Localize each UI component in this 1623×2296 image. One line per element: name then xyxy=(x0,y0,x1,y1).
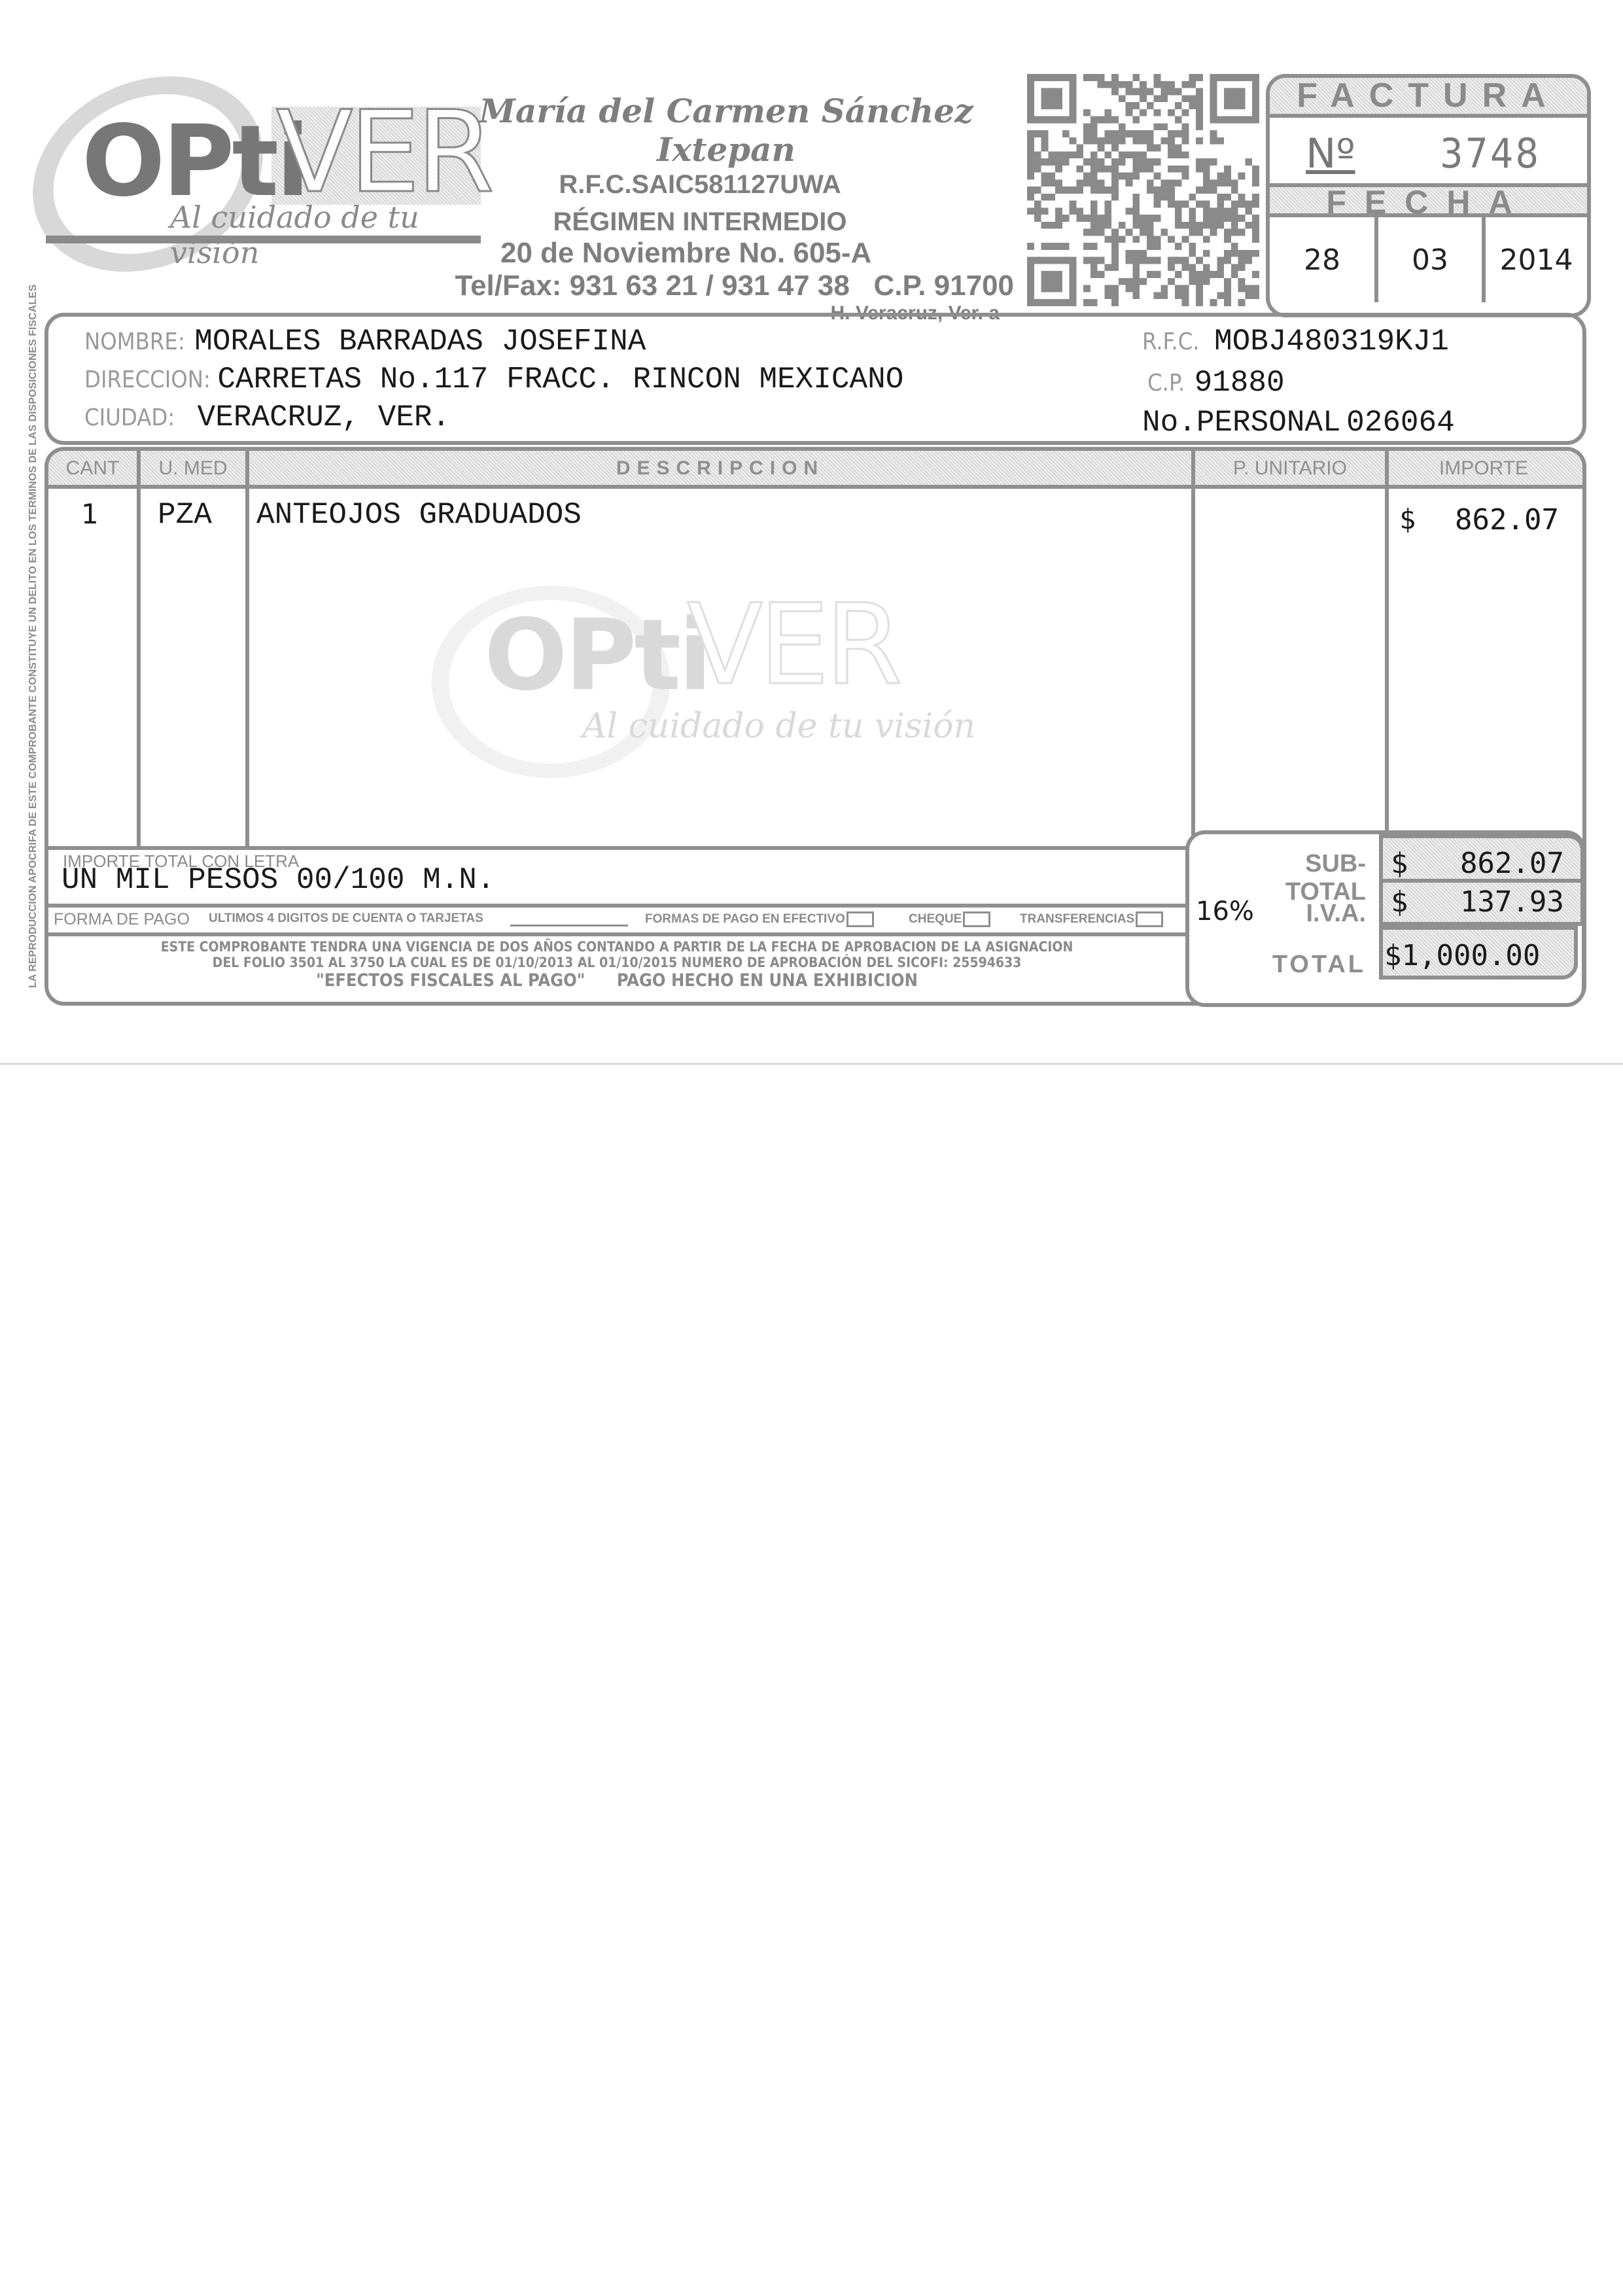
transfer-payment-option[interactable]: TRANSFERENCIAS xyxy=(1020,911,1163,927)
last-digits-blank[interactable] xyxy=(510,925,628,927)
issuer-rfc: R.F.C.SAIC581127UWA xyxy=(386,170,1014,200)
cheque-label: CHEQUE xyxy=(909,912,962,926)
invoice-number-row: Nº 3748 xyxy=(1270,118,1587,187)
client-name-label: NOMBRE: xyxy=(84,328,185,355)
invoice-number-box: FACTURA Nº 3748 FECHA 28 03 2014 xyxy=(1266,74,1591,317)
cheque-payment-option[interactable]: CHEQUE xyxy=(909,911,990,927)
qr-code-icon xyxy=(1027,74,1259,306)
invoice-header: FACTURA xyxy=(1270,78,1587,118)
client-rfc: MOBJ480319KJ1 xyxy=(1214,325,1449,359)
row-unit: PZA xyxy=(158,498,212,532)
watermark-ver-text: VER xyxy=(687,590,899,701)
client-personal-label: No.PERSONAL xyxy=(1142,406,1341,440)
watermark-tagline: Al cuidado de tu visión xyxy=(582,707,975,746)
payment-method-label: FORMA DE PAGO xyxy=(54,910,190,929)
client-cp-field: C.P. 91880 xyxy=(1147,366,1285,400)
payment-method-row: FORMA DE PAGO ULTIMOS 4 DIGITOS DE CUENT… xyxy=(48,908,1185,936)
amount-in-words: UN MIL PESOS 00/100 M.N. xyxy=(61,863,495,897)
single-payment-notice: PAGO HECHO EN UNA EXHIBICION xyxy=(617,970,918,991)
issuer-info: María del Carmen Sánchez Ixtepan R.F.C.S… xyxy=(386,92,1014,325)
issuer-phone: Tel/Fax: 931 63 21 / 931 47 38 C.P. 9170… xyxy=(386,270,1014,302)
legal-line-2: DEL FOLIO 3501 AL 3750 LA CUAL ES DE 01/… xyxy=(48,955,1185,970)
client-city-label: CIUDAD: xyxy=(84,404,175,431)
watermark-opti-text: OPti xyxy=(484,599,710,713)
row-quantity: 1 xyxy=(81,498,99,530)
invoice-footer: IMPORTE TOTAL CON LETRA UN MIL PESOS 00/… xyxy=(44,846,1586,1006)
client-address: CARRETAS No.117 FRACC. RINCON MEXICANO xyxy=(217,362,903,397)
client-personal-number: 026064 xyxy=(1346,406,1455,440)
cash-checkbox[interactable] xyxy=(846,911,874,927)
column-divider xyxy=(245,451,249,850)
totals-box: SUB-TOTAL $ 862.07 16% I.V.A. $ 137.93 T… xyxy=(1185,830,1586,1007)
invoice-number: 3748 xyxy=(1440,130,1541,177)
total-value: $1,000.00 xyxy=(1379,926,1578,980)
fiscal-effects-notice: "EFECTOS FISCALES AL PAGO" xyxy=(316,970,585,991)
date-month: 03 xyxy=(1378,217,1486,302)
client-rfc-field: R.F.C. MOBJ480319KJ1 xyxy=(1142,325,1449,359)
client-rfc-label: R.F.C. xyxy=(1142,328,1200,355)
client-name-field: NOMBRE: MORALES BARRADAS JOSEFINA xyxy=(84,325,646,359)
watermark-logo: OPti VER Al cuidado de tu visión xyxy=(451,592,1007,775)
issuer-address: 20 de Noviembre No. 605-A xyxy=(500,237,1014,270)
client-address-label: DIRECCION: xyxy=(84,366,211,393)
column-header-description: DESCRIPCION xyxy=(249,451,1191,489)
transfer-checkbox[interactable] xyxy=(1136,911,1163,927)
column-divider xyxy=(1191,451,1195,850)
amount-in-words-row: IMPORTE TOTAL CON LETRA UN MIL PESOS 00/… xyxy=(48,850,1185,908)
cheque-checkbox[interactable] xyxy=(963,911,990,927)
date-header: FECHA xyxy=(1270,187,1587,217)
client-personal-field: No.PERSONAL 026064 xyxy=(1142,406,1455,440)
transfer-label: TRANSFERENCIAS xyxy=(1020,912,1134,926)
subtotal-value: $ 862.07 xyxy=(1379,834,1584,883)
invoice-date: 28 03 2014 xyxy=(1270,217,1587,302)
date-year: 2014 xyxy=(1486,217,1587,302)
legal-line-3: "EFECTOS FISCALES AL PAGO" PAGO HECHO EN… xyxy=(48,970,1185,991)
column-header-unit: U. MED xyxy=(141,451,245,489)
legal-line-1: ESTE COMPROBANTE TENDRA UNA VIGENCIA DE … xyxy=(48,939,1185,955)
column-divider xyxy=(137,451,141,850)
total-label: TOTAL xyxy=(1229,951,1366,979)
row-currency: $ xyxy=(1399,503,1416,535)
cash-payment-label: FORMAS DE PAGO EN EFECTIVO xyxy=(645,912,845,926)
client-address-field: DIRECCION: CARRETAS No.117 FRACC. RINCON… xyxy=(84,362,903,397)
iva-rate: 16% xyxy=(1196,896,1254,927)
issuer-regime: RÉGIMEN INTERMEDIO xyxy=(386,207,1014,237)
column-header-cant: CANT xyxy=(48,451,137,489)
last-digits-label: ULTIMOS 4 DIGITOS DE CUENTA O TARJETAS xyxy=(209,911,483,926)
row-description: ANTEOJOS GRADUADOS xyxy=(256,498,582,532)
column-divider xyxy=(1385,451,1389,850)
iva-label: I.V.A. xyxy=(1268,900,1366,928)
iva-value: $ 137.93 xyxy=(1379,879,1584,926)
client-cp-label: C.P. xyxy=(1147,370,1185,397)
date-day: 28 xyxy=(1270,217,1378,302)
row-amount: 862.07 xyxy=(1455,503,1559,537)
column-header-unit-price: P. UNITARIO xyxy=(1195,451,1385,489)
side-legal-notice: LA REPRODUCCION APOCRIFA DE ESTE COMPROB… xyxy=(27,321,39,988)
invoice-number-label: Nº xyxy=(1306,130,1355,177)
page-cut-line xyxy=(0,1063,1623,1065)
client-cp: 91880 xyxy=(1195,366,1285,400)
legal-notice: ESTE COMPROBANTE TENDRA UNA VIGENCIA DE … xyxy=(48,936,1185,999)
cash-payment-option[interactable]: FORMAS DE PAGO EN EFECTIVO xyxy=(645,911,874,927)
client-info-box: NOMBRE: MORALES BARRADAS JOSEFINA DIRECC… xyxy=(44,313,1586,445)
column-header-amount: IMPORTE xyxy=(1389,451,1579,489)
issuer-name: María del Carmen Sánchez Ixtepan xyxy=(438,92,1014,169)
client-city-field: CIUDAD: VERACRUZ, VER. xyxy=(84,400,450,434)
client-city: VERACRUZ, VER. xyxy=(198,400,450,434)
client-name: MORALES BARRADAS JOSEFINA xyxy=(194,325,646,359)
